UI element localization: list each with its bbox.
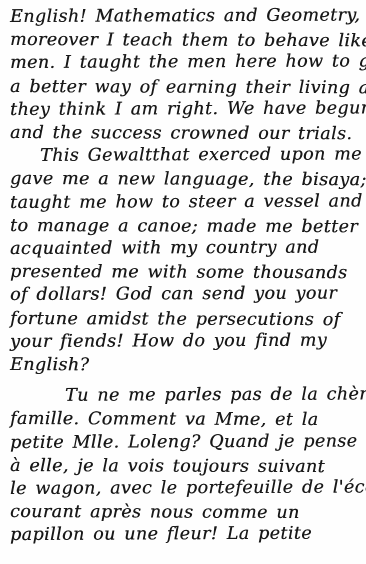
paragraph-english-1: English! Mathematics and Geometry, moreo… <box>10 6 360 145</box>
handwriting-line: fortune amidst the persecutions of <box>10 308 360 332</box>
letter-page: English! Mathematics and Geometry, moreo… <box>0 0 366 564</box>
handwriting-line: This Gewaltthat exerced upon me <box>10 144 360 169</box>
handwriting-line: Tu ne me parles pas de la chère <box>10 384 360 409</box>
handwriting-line: gave me a new language, the bisaya; <box>10 168 360 192</box>
paragraph-french: Tu ne me parles pas de la chère famille.… <box>10 385 360 547</box>
handwriting-line: men. I taught the men here how to get <box>10 51 360 76</box>
handwriting-line: taught me how to steer a vessel and <box>10 190 360 215</box>
handwriting-line: they think I am right. We have begun <box>10 97 360 122</box>
handwriting-line: le wagon, avec le portefeuille de l'écol… <box>10 477 360 502</box>
paragraph-english-2: This Gewaltthat exerced upon me gave me … <box>10 145 360 377</box>
handwriting-line: your fiends! How do you find my <box>10 329 360 354</box>
handwriting-line: of dollars! God can send you your <box>10 283 360 308</box>
handwriting-line: English? <box>10 354 360 378</box>
handwriting-line: à elle, je la vois toujours suivant <box>10 455 360 479</box>
handwriting-line: petite Mlle. Loleng? Quand je pense <box>10 430 360 455</box>
handwriting-line: English! Mathematics and Geometry, <box>10 4 360 29</box>
handwriting-line: papillon ou une fleur! La petite <box>10 523 360 548</box>
handwriting-line: famille. Comment va Mme, et la <box>10 408 360 432</box>
handwriting-line: acquainted with my country and <box>10 237 360 262</box>
handwriting-line: to manage a canoe; made me better <box>10 215 360 239</box>
handwriting-line: a better way of earning their living and <box>10 76 360 100</box>
